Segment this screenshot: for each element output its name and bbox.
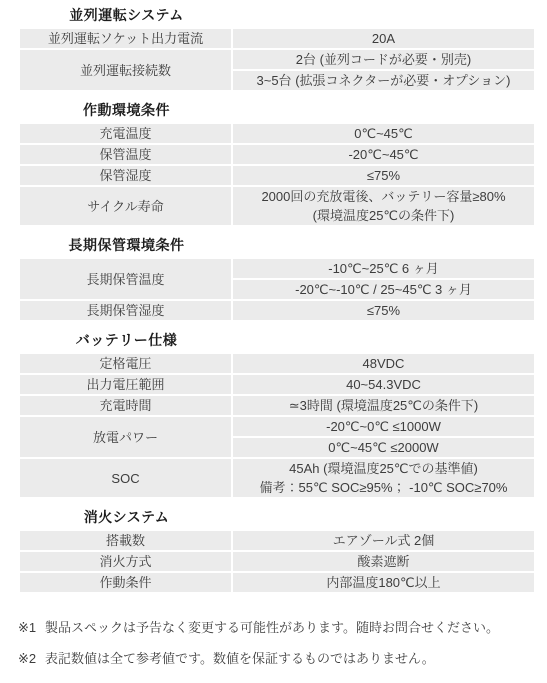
spec-value-cell: 0℃~45℃: [233, 122, 534, 143]
spec-label-cell: 消火方式: [20, 550, 233, 571]
spec-value-cell: 2台 (並列コードが必要・別売): [233, 48, 534, 69]
spec-value-cell: -20℃~45℃: [233, 143, 534, 164]
footnote-1-marker: ※1: [18, 620, 45, 635]
spec-value-line: 2000回の充放電後、バッテリー容量≥80%: [237, 187, 530, 206]
spec-value-cell: 2000回の充放電後、バッテリー容量≥80%(環境温度25℃の条件下): [233, 185, 534, 225]
table-row: 定格電圧48VDC: [20, 352, 534, 373]
table-row: 放電パワー-20℃~0℃ ≤1000W: [20, 415, 534, 436]
spec-table: 充電温度0℃~45℃保管温度-20℃~45℃保管湿度≤75%サイクル寿命2000…: [20, 122, 534, 225]
table-row: 充電温度0℃~45℃: [20, 122, 534, 143]
spec-value-cell: 3~5台 (拡張コネクターが必要・オプション): [233, 69, 534, 90]
table-row: 搭載数エアゾール式 2個: [20, 529, 534, 550]
spec-value-cell: ≤75%: [233, 299, 534, 320]
spec-value-line: 0℃~45℃: [237, 124, 530, 143]
footnote-1-text: 製品スペックは予告なく変更する可能性があります。随時お問合せください。: [45, 620, 547, 635]
table-row: 保管湿度≤75%: [20, 164, 534, 185]
spec-value-cell: 0℃~45℃ ≤2000W: [233, 436, 534, 457]
table-row: 消火方式酸素遮断: [20, 550, 534, 571]
table-row: 充電時間≃3時間 (環境温度25℃の条件下): [20, 394, 534, 415]
spec-table: 長期保管温度-10℃~25℃ 6 ヶ月-20℃~-10℃ / 25~45℃ 3 …: [20, 257, 534, 320]
spec-value-cell: 48VDC: [233, 352, 534, 373]
spec-value-cell: 45Ah (環境温度25℃での基準値)備考：55℃ SOC≥95%； -10℃ …: [233, 457, 534, 497]
spec-value-cell: -20℃~-10℃ / 25~45℃ 3 ヶ月: [233, 278, 534, 299]
spec-label-cell: 長期保管温度: [20, 257, 233, 299]
spec-table: 並列運転ソケット出力電流20A並列運転接続数2台 (並列コードが必要・別売)3~…: [20, 27, 534, 90]
spec-section: 並列運転システム並列運転ソケット出力電流20A並列運転接続数2台 (並列コードが…: [20, 8, 547, 90]
spec-value-line: 45Ah (環境温度25℃での基準値): [237, 459, 530, 478]
spec-label-cell: 放電パワー: [20, 415, 233, 457]
spec-label-cell: 保管温度: [20, 143, 233, 164]
table-row: 長期保管温度-10℃~25℃ 6 ヶ月: [20, 257, 534, 278]
spec-label-cell: 充電温度: [20, 122, 233, 143]
spec-value-line: ≤75%: [237, 166, 530, 185]
table-row: 出力電圧範囲40~54.3VDC: [20, 373, 534, 394]
spec-label-cell: 搭載数: [20, 529, 233, 550]
spec-value-line: 0℃~45℃ ≤2000W: [237, 438, 530, 457]
section-title: 長期保管環境条件: [20, 238, 233, 252]
section-title: 並列運転システム: [20, 8, 233, 22]
spec-value-line: 2台 (並列コードが必要・別売): [237, 50, 530, 69]
spec-section: バッテリー仕様定格電圧48VDC出力電圧範囲40~54.3VDC充電時間≃3時間…: [20, 333, 547, 497]
spec-value-cell: 酸素遮断: [233, 550, 534, 571]
spec-value-line: -20℃~-10℃ / 25~45℃ 3 ヶ月: [237, 280, 530, 299]
spec-value-line: 48VDC: [237, 354, 530, 373]
section-title: バッテリー仕様: [20, 333, 233, 347]
table-row: 並列運転ソケット出力電流20A: [20, 27, 534, 48]
spec-value-line: ≤75%: [237, 301, 530, 320]
spec-value-line: エアゾール式 2個: [237, 531, 530, 550]
spec-value-cell: 40~54.3VDC: [233, 373, 534, 394]
spec-value-cell: エアゾール式 2個: [233, 529, 534, 550]
spec-value-line: 40~54.3VDC: [237, 375, 530, 394]
spec-value-cell: ≤75%: [233, 164, 534, 185]
spec-value-line: -20℃~45℃: [237, 145, 530, 164]
spec-table: 定格電圧48VDC出力電圧範囲40~54.3VDC充電時間≃3時間 (環境温度2…: [20, 352, 534, 497]
spec-value-line: ≃3時間 (環境温度25℃の条件下): [237, 396, 530, 415]
spec-label-cell: 出力電圧範囲: [20, 373, 233, 394]
spec-label-cell: 保管湿度: [20, 164, 233, 185]
spec-label-cell: 並列運転ソケット出力電流: [20, 27, 233, 48]
footnote-2-text: 表記数値は全て参考値です。数値を保証するものではありません。: [45, 651, 547, 666]
section-title: 消火システム: [20, 510, 233, 524]
spec-value-cell: -20℃~0℃ ≤1000W: [233, 415, 534, 436]
spec-label-cell: 定格電圧: [20, 352, 233, 373]
spec-section: 長期保管環境条件長期保管温度-10℃~25℃ 6 ヶ月-20℃~-10℃ / 2…: [20, 238, 547, 320]
spec-value-cell: ≃3時間 (環境温度25℃の条件下): [233, 394, 534, 415]
table-row: SOC45Ah (環境温度25℃での基準値)備考：55℃ SOC≥95%； -1…: [20, 457, 534, 497]
spec-value-line: 備考：55℃ SOC≥95%； -10℃ SOC≥70%: [237, 478, 530, 497]
table-row: 長期保管湿度≤75%: [20, 299, 534, 320]
table-row: 並列運転接続数2台 (並列コードが必要・別売): [20, 48, 534, 69]
spec-label-cell: 充電時間: [20, 394, 233, 415]
table-row: 保管温度-20℃~45℃: [20, 143, 534, 164]
spec-table: 搭載数エアゾール式 2個消火方式酸素遮断作動条件内部温度180℃以上: [20, 529, 534, 592]
spec-label-cell: サイクル寿命: [20, 185, 233, 225]
spec-value-cell: -10℃~25℃ 6 ヶ月: [233, 257, 534, 278]
spec-value-line: (環境温度25℃の条件下): [237, 206, 530, 225]
footnote-1: ※1 製品スペックは予告なく変更する可能性があります。随時お問合せください。: [18, 620, 547, 635]
section-title: 作動環境条件: [20, 103, 233, 117]
spec-sections: 並列運転システム並列運転ソケット出力電流20A並列運転接続数2台 (並列コードが…: [0, 8, 547, 592]
spec-label-cell: 並列運転接続数: [20, 48, 233, 90]
spec-value-cell: 内部温度180℃以上: [233, 571, 534, 592]
spec-label-cell: 作動条件: [20, 571, 233, 592]
spec-label-cell: 長期保管湿度: [20, 299, 233, 320]
footnote-2-marker: ※2: [18, 651, 45, 666]
spec-value-line: -20℃~0℃ ≤1000W: [237, 417, 530, 436]
spec-value-line: 酸素遮断: [237, 552, 530, 571]
footnote-2: ※2 表記数値は全て参考値です。数値を保証するものではありません。: [18, 651, 547, 666]
spec-label-cell: SOC: [20, 457, 233, 497]
spec-value-line: 20A: [237, 29, 530, 48]
spec-section: 作動環境条件充電温度0℃~45℃保管温度-20℃~45℃保管湿度≤75%サイクル…: [20, 103, 547, 225]
spec-value-line: 3~5台 (拡張コネクターが必要・オプション): [237, 71, 530, 90]
table-row: 作動条件内部温度180℃以上: [20, 571, 534, 592]
spec-value-line: -10℃~25℃ 6 ヶ月: [237, 259, 530, 278]
spec-value-cell: 20A: [233, 27, 534, 48]
footnotes: ※1 製品スペックは予告なく変更する可能性があります。随時お問合せください。 ※…: [18, 620, 547, 666]
table-row: サイクル寿命2000回の充放電後、バッテリー容量≥80%(環境温度25℃の条件下…: [20, 185, 534, 225]
spec-sheet: 並列運転システム並列運転ソケット出力電流20A並列運転接続数2台 (並列コードが…: [0, 0, 547, 666]
spec-section: 消火システム搭載数エアゾール式 2個消火方式酸素遮断作動条件内部温度180℃以上: [20, 510, 547, 592]
spec-value-line: 内部温度180℃以上: [237, 573, 530, 592]
